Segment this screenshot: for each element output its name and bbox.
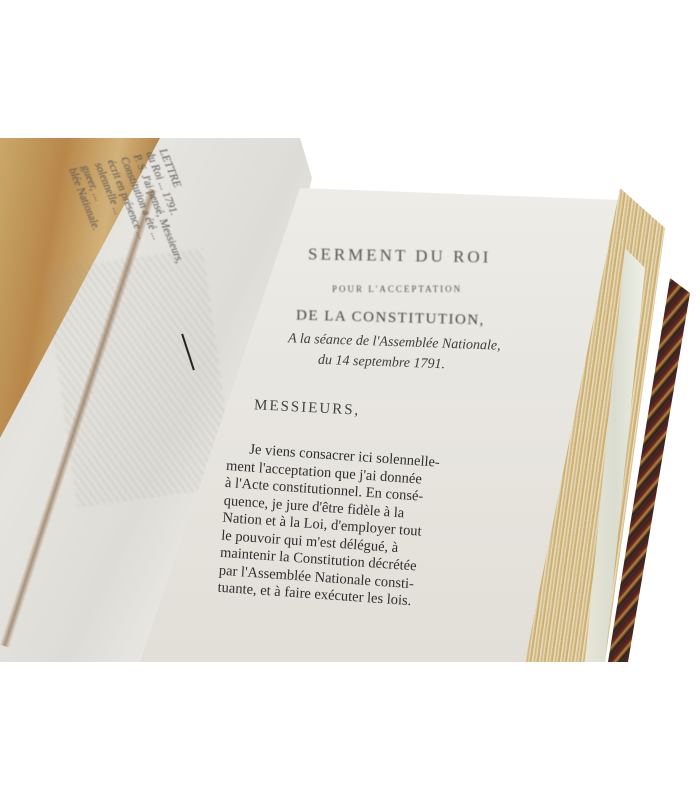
page-title: SERMENT DU ROI — [308, 244, 492, 267]
oath-text: Je viens consacrer ici solennelle- ment … — [217, 440, 547, 619]
book-photograph: LETTRE du Roi ... 1791. P. S. J'ai pensé… — [0, 138, 700, 662]
page-subtitle: POUR L'ACCEPTATION — [332, 284, 462, 294]
